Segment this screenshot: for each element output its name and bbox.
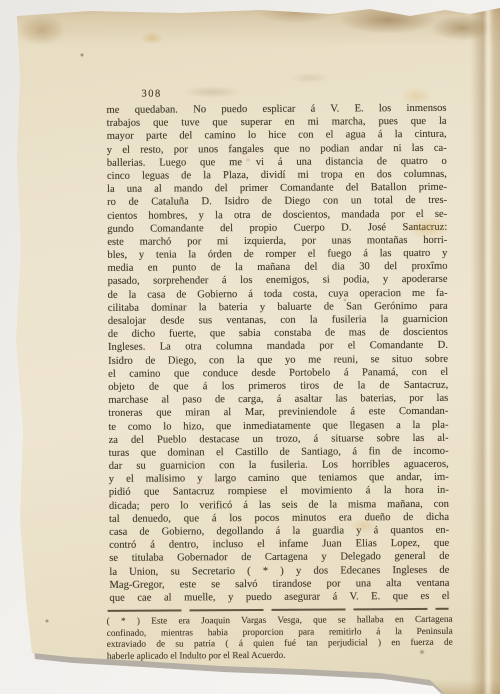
body-line: ro de Cataluña D. Isidro de Diego con un… bbox=[107, 194, 447, 209]
body-text: me quedaban. No puedo esplicar á V. E. l… bbox=[106, 102, 449, 605]
page-number: 308 bbox=[141, 89, 161, 100]
scan-backdrop: 308 me quedaban. No puedo esplicar á V. … bbox=[0, 0, 500, 694]
body-line: que cae al muelle, y puedo asegurar á V.… bbox=[109, 590, 449, 605]
footnote-line: extraviado de su patria ( á quien fué ta… bbox=[107, 638, 453, 652]
paper-sheet: 308 me quedaban. No puedo esplicar á V. … bbox=[0, 0, 500, 694]
footnote-separator-rule bbox=[108, 608, 449, 612]
printed-page: 308 me quedaban. No puedo esplicar á V. … bbox=[0, 0, 500, 694]
body-line: troneras que miran al Mar, previniendole… bbox=[108, 405, 448, 420]
footnote-line: haberle aplicado el Indulto por el Real … bbox=[107, 650, 453, 664]
footnote-text: ( * ) Este era Joaquin Vargas Vesga, que… bbox=[107, 615, 453, 663]
